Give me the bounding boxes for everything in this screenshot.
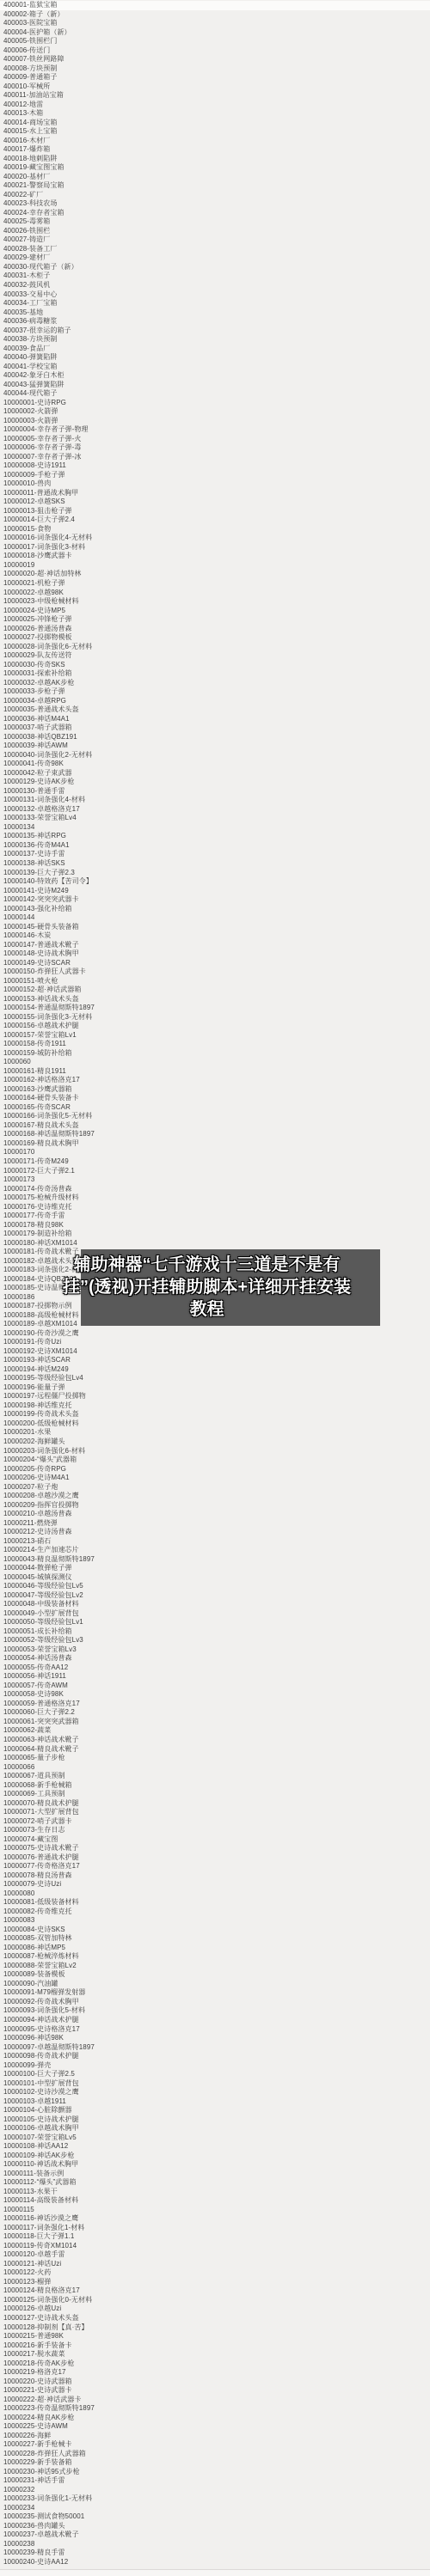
list-item: 400014-商场宝箱	[0, 119, 430, 128]
list-item: 10000117-词条强化1-材料	[0, 2224, 430, 2233]
list-item: 10000102-史诗沙漠之鹰	[0, 2088, 430, 2097]
list-item: 10000130-普通手雷	[0, 787, 430, 797]
list-item: 10000042-粒子束武器	[0, 769, 430, 778]
list-item: 400013-木箱	[0, 109, 430, 119]
list-item: 10000058-史诗98K	[0, 1690, 430, 1700]
list-item: 10000013-狙击枪子弹	[0, 507, 430, 516]
list-item: 10000196-能量子弹	[0, 1383, 430, 1393]
list-item: 10000098-传奇战术护腿	[0, 2052, 430, 2061]
list-item: 10000073-生存日志	[0, 1826, 430, 1835]
list-item: 10000054-神话汤普森	[0, 1654, 430, 1663]
list-item: 10000148-史诗战术胸甲	[0, 949, 430, 959]
list-item: 400023-科技农场	[0, 199, 430, 209]
list-item: 10000163-沙鹰武器箱	[0, 1085, 430, 1095]
list-item: 10000203-词条强化6-材料	[0, 1447, 430, 1456]
list-item: 400038-方块预制	[0, 335, 430, 345]
list-item: 400003-医院宝箱	[0, 19, 430, 28]
list-item: 10000138-神话SKS	[0, 859, 430, 869]
list-item: 10000060-巨大子弹2.2	[0, 1708, 430, 1718]
list-item: 10000105-史诗战术护腿	[0, 2115, 430, 2125]
list-item: 10000195-等级经验包Lv4	[0, 1374, 430, 1383]
list-item: 10000016-词条强化4-无材料	[0, 534, 430, 543]
list-item: 10000143-强化补给箱	[0, 905, 430, 914]
list-item: 10000068-新手枪械箱	[0, 1781, 430, 1791]
list-item: 10000069-工具预制	[0, 1790, 430, 1799]
list-item: 10000198-神话维克托	[0, 1401, 430, 1411]
list-item: 10000106-卓越战术胸甲	[0, 2124, 430, 2133]
list-item: 10000039-神话AWM	[0, 742, 430, 751]
list-item: 10000120-卓越手雷	[0, 2250, 430, 2260]
list-item: 10000026-普通汤普森	[0, 625, 430, 634]
list-item: 10000194-神话M249	[0, 1365, 430, 1375]
list-item: 10000209-指挥官投掷物	[0, 1501, 430, 1511]
list-item: 10000055-传奇AA12	[0, 1663, 430, 1673]
list-item: 10000010-兽肉	[0, 479, 430, 489]
list-item: 10000239-精良手雷	[0, 2549, 430, 2558]
list-item: 10000063-神话战术靴子	[0, 1736, 430, 1745]
list-item: 400040-弹簧陷阱	[0, 353, 430, 363]
list-item: 10000067-道具预制	[0, 1772, 430, 1781]
list-item: 10000133-荣誉宝箱Lv4	[0, 814, 430, 823]
list-item: 10000097-卓越温彻斯特1897	[0, 2043, 430, 2053]
list-item: 10000228-炸弹狂人武器箱	[0, 2450, 430, 2459]
list-item: 10000147-普通战术靴子	[0, 941, 430, 950]
list-item: 10000059-普通格洛克17	[0, 1700, 430, 1709]
list-item: 10000127-史诗战术头盔	[0, 2314, 430, 2323]
list-item: 10000238	[0, 2540, 430, 2549]
list-item: 10000211-燃烧弹	[0, 1519, 430, 1529]
list-item: 10000199-传奇战术头盔	[0, 1410, 430, 1419]
list-item: 400037-很幸运的箱子	[0, 327, 430, 336]
list-item: 400018-地刺陷阱	[0, 155, 430, 164]
list-item: 400004-医护箱（新）	[0, 28, 430, 38]
list-item: 10000213-硝石	[0, 1537, 430, 1547]
list-item: 10000162-神话格洛克17	[0, 1076, 430, 1085]
list-item: 10000153-神话战术头盔	[0, 995, 430, 1004]
list-item: 10000123-榴弹	[0, 2278, 430, 2287]
list-item: 10000003-火箭弹	[0, 417, 430, 426]
list-item: 10000217-脱水蔬菜	[0, 2350, 430, 2359]
list-item: 10000129-史诗AK步枪	[0, 778, 430, 787]
list-item: 400010-军械所	[0, 82, 430, 92]
list-item: 10000192-史诗XM1014	[0, 1347, 430, 1357]
list-item: 10000083	[0, 1916, 430, 1926]
list-item: 10000020-超·神话加特林	[0, 570, 430, 579]
list-item: 10000152-超·神话武器箱	[0, 986, 430, 995]
list-item: 10000047-等级经验包Lv2	[0, 1591, 430, 1601]
footer-divider	[0, 2569, 430, 2576]
list-item: 10000096-神话98K	[0, 2034, 430, 2043]
list-item: 10000125-词条强化0-无材料	[0, 2296, 430, 2305]
list-item: 10000046-等级经验包Lv5	[0, 1582, 430, 1591]
list-item: 10000082-传奇维克托	[0, 1908, 430, 1917]
list-item: 10000092-传奇战术胸甲	[0, 1998, 430, 2007]
list-item: 10000001-史诗RPG	[0, 399, 430, 408]
list-item: 10000237-卓越战术靴子	[0, 2530, 430, 2540]
list-item: 10000037-哨子武器箱	[0, 723, 430, 733]
list-item: 10000040-词条强化2-无材料	[0, 751, 430, 760]
list-item: 10000139-巨大子弹2.3	[0, 869, 430, 878]
list-item: 10000179-制造补给箱	[0, 1230, 430, 1239]
list-item: 10000210-卓越汤普森	[0, 1510, 430, 1519]
list-item: 1000060	[0, 1058, 430, 1067]
list-item: 10000095-史诗格洛克17	[0, 2025, 430, 2035]
list-item: 10000080	[0, 1889, 430, 1899]
list-item: 10000115	[0, 2206, 430, 2215]
list-item: 10000072-哨子武器卡	[0, 1817, 430, 1827]
list-item: 10000074-藏宝图	[0, 1835, 430, 1845]
page-title: 辅助神器“七千游戏十三道是不是有挂”(透视)开挂辅助脚本+详细开挂安装教程	[62, 1254, 352, 1321]
list-item: 10000035-普通战术头盔	[0, 705, 430, 715]
list-item: 400020-基材厂	[0, 173, 430, 182]
list-item: 10000076-普通战术护腿	[0, 1853, 430, 1863]
list-item: 10000212-史诗汤普森	[0, 1528, 430, 1537]
list-item: 10000114-高级装备材料	[0, 2196, 430, 2206]
list-item: 10000208-卓越沙漠之鹰	[0, 1492, 430, 1501]
list-item: 400032-鼓风机	[0, 281, 430, 290]
list-item: 400001-监狱宝箱	[0, 1, 430, 10]
list-item: 400011-加油站宝箱	[0, 91, 430, 101]
list-item: 10000202-海鲜罐头	[0, 1438, 430, 1447]
list-item: 400026-铁围栏	[0, 227, 430, 236]
list-item: 10000236-兽肉罐头	[0, 2522, 430, 2531]
list-item: 10000007-幸存者子弹-冰	[0, 453, 430, 462]
list-item: 400025-毒雾箱	[0, 217, 430, 227]
list-item: 400030-现代箱子（新）	[0, 263, 430, 272]
list-item: 10000207-粒子炮	[0, 1483, 430, 1492]
list-item: 10000224-精良AK步枪	[0, 2414, 430, 2423]
list-item: 400015-水上宝箱	[0, 127, 430, 137]
list-item: 10000156-卓越战术护腿	[0, 1022, 430, 1031]
list-item: 400006-传送门	[0, 46, 430, 56]
list-item: 10000158-传奇1911	[0, 1040, 430, 1049]
list-item: 10000124-精良格洛克17	[0, 2286, 430, 2296]
list-item: 10000151-喷火枪	[0, 977, 430, 986]
list-item: 400017-爆炸箱	[0, 145, 430, 155]
list-item: 400007-铁丝网路障	[0, 55, 430, 64]
list-item: 10000173	[0, 1175, 430, 1185]
list-item: 10000027-投掷物模板	[0, 633, 430, 643]
list-item: 10000240-史诗AA12	[0, 2558, 430, 2567]
list-item: 400033-交易中心	[0, 290, 430, 300]
list-item: 10000019	[0, 561, 430, 571]
list-item: 400036-病毒糖浆	[0, 317, 430, 327]
list-item: 10000149-史诗SCAR	[0, 959, 430, 968]
list-item: 10000023-中级枪械材料	[0, 597, 430, 607]
list-item: 10000150-炸弹狂人武器卡	[0, 968, 430, 977]
list-item: 10000011-普通战术胸甲	[0, 489, 430, 498]
list-item: 10000099-弹壳	[0, 2061, 430, 2071]
list-item: 10000094-神话战术护腿	[0, 2016, 430, 2025]
list-item: 400024-幸存者宝箱	[0, 209, 430, 218]
list-item: 10000044-散弹枪子弹	[0, 1564, 430, 1573]
list-item: 10000214-生产加速芯片	[0, 1546, 430, 1555]
list-item: 10000090-汽油罐	[0, 1980, 430, 1989]
list-item: 10000229-新手装备箱	[0, 2458, 430, 2468]
list-item: 10000131-词条强化4-材料	[0, 796, 430, 805]
list-item: 10000038-神话QBZ191	[0, 733, 430, 742]
list-item: 10000140-特效药【苦司令】	[0, 877, 430, 887]
list-item: 10000164-硬骨头装备卡	[0, 1094, 430, 1103]
list-item: 10000031-探索补给箱	[0, 669, 430, 679]
list-item: 400031-木柜子	[0, 272, 430, 281]
list-item: 10000028-词条强化6-无材料	[0, 643, 430, 652]
list-item: 10000193-神话SCAR	[0, 1356, 430, 1365]
list-item: 10000231-神话手雷	[0, 2476, 430, 2486]
list-item: 10000104-心脏除颤器	[0, 2106, 430, 2115]
list-item: 10000107-荣誉宝箱Lv5	[0, 2133, 430, 2143]
list-item: 10000048-中级装备材料	[0, 1600, 430, 1609]
list-item: 10000119-传奇XM1014	[0, 2242, 430, 2251]
list-item: 400027-铸造厂	[0, 235, 430, 245]
list-item: 10000004-幸存者子弹-物理	[0, 425, 430, 435]
list-item: 10000174-传奇汤普森	[0, 1185, 430, 1194]
list-item: 10000043-精良温彻斯特1897	[0, 1555, 430, 1565]
list-item: 10000137-史诗手雷	[0, 850, 430, 859]
list-item: 10000157-荣誉宝箱Lv1	[0, 1031, 430, 1041]
list-item: 10000008-史诗1911	[0, 461, 430, 471]
list-item: 10000165-传奇SCAR	[0, 1103, 430, 1113]
list-item: 10000159-城防补给箱	[0, 1049, 430, 1059]
list-item: 10000108-神话AA12	[0, 2142, 430, 2152]
list-item: 10000176-史诗维克托	[0, 1203, 430, 1212]
list-item: 400034-工厂宝箱	[0, 299, 430, 308]
list-item: 10000233-词条强化1-无材料	[0, 2494, 430, 2504]
list-item: 10000056-神话1911	[0, 1672, 430, 1682]
list-item: 10000034-卓越RPG	[0, 697, 430, 706]
list-item: 10000103-卓越1911	[0, 2097, 430, 2107]
list-item: 10000205-传奇RPG	[0, 1465, 430, 1474]
list-item: 10000219-格洛克17	[0, 2368, 430, 2378]
list-item: 10000032-卓越AK步枪	[0, 679, 430, 688]
list-item: 10000033-步枪子弹	[0, 687, 430, 697]
list-item: 10000200-低级枪械材料	[0, 1419, 430, 1429]
list-item: 10000018-沙鹰武器卡	[0, 552, 430, 561]
list-item: 10000175-枪械升级材料	[0, 1193, 430, 1203]
list-item: 10000144	[0, 913, 430, 923]
list-item: 10000077-传奇格洛克17	[0, 1862, 430, 1871]
list-item: 10000093-词条强化5-材料	[0, 2006, 430, 2016]
list-item: 400005-铁围栏门	[0, 37, 430, 46]
list-item: 10000113-水果干	[0, 2188, 430, 2197]
list-item: 10000005-幸存者子弹-火	[0, 435, 430, 444]
list-item: 10000088-荣誉宝箱Lv2	[0, 1962, 430, 1971]
list-item: 10000025-冲锋枪子弹	[0, 615, 430, 625]
list-item: 10000223-传奇温彻斯特1897	[0, 2404, 430, 2414]
list-item: 10000215-普通98K	[0, 2332, 430, 2341]
list-item: 400043-猛弹簧陷阱	[0, 381, 430, 390]
list-item: 10000050-等级经验包Lv1	[0, 1618, 430, 1627]
list-item: 10000166-词条强化5-无材料	[0, 1112, 430, 1121]
list-item: 10000221-史诗武器卡	[0, 2386, 430, 2396]
list-item: 10000111-装备示例	[0, 2170, 430, 2179]
list-item: 400029-建材厂	[0, 253, 430, 263]
list-item: 10000109-神话AK步枪	[0, 2152, 430, 2161]
list-item: 10000081-低级装备材料	[0, 1898, 430, 1908]
list-item: 10000015-食物	[0, 525, 430, 534]
list-item: 10000234	[0, 2504, 430, 2513]
list-item: 10000100-巨大子弹2.5	[0, 2070, 430, 2079]
list-item: 10000134	[0, 823, 430, 833]
list-item: 10000091-M79榴弹发射器	[0, 1988, 430, 1998]
list-item: 10000230-神话95式步枪	[0, 2468, 430, 2477]
list-item: 10000168-神话温彻斯特1897	[0, 1130, 430, 1139]
list-item: 10000227-新手枪械卡	[0, 2440, 430, 2450]
list-item: 10000087-枪械淬炼材料	[0, 1952, 430, 1962]
list-item: 400041-学校宝箱	[0, 363, 430, 372]
list-item: 400028-装备工厂	[0, 245, 430, 254]
list-item: 10000116-神话沙漠之鹰	[0, 2214, 430, 2224]
list-item: 10000171-传奇M249	[0, 1157, 430, 1167]
list-item: 10000135-神话RPG	[0, 832, 430, 841]
list-item: 10000045-城镇探测仪	[0, 1573, 430, 1583]
list-item: 10000132-卓越格洛克17	[0, 805, 430, 815]
list-item: 10000191-传奇Uzi	[0, 1338, 430, 1347]
list-item: 10000086-神话MP5	[0, 1944, 430, 1953]
list-item: 10000222-超·神话武器卡	[0, 2396, 430, 2405]
list-item: 10000014-巨大子弹2.4	[0, 516, 430, 525]
list-item: 10000169-精良战术胸甲	[0, 1139, 430, 1149]
list-item: 10000167-精良战术头盔	[0, 1121, 430, 1131]
list-item: 10000009-手枪子弹	[0, 471, 430, 480]
list-item: 10000061-突突突武器箱	[0, 1718, 430, 1727]
list-item: 10000110-神话战术胸甲	[0, 2160, 430, 2170]
list-item: 10000024-史诗MP5	[0, 607, 430, 616]
list-item: 10000049-小型扩展背包	[0, 1609, 430, 1619]
list-item: 10000161-精良1911	[0, 1067, 430, 1077]
list-item: 10000204-“爆头”武器箱	[0, 1456, 430, 1465]
list-item: 400022-矿厂	[0, 191, 430, 200]
list-item: 10000155-词条强化3-无材料	[0, 1013, 430, 1022]
list-item: 10000177-传奇手雷	[0, 1212, 430, 1221]
list-item: 10000066	[0, 1763, 430, 1773]
list-item: 10000218-传奇AK步枪	[0, 2359, 430, 2369]
list-item: 400042-象牙白木柜	[0, 371, 430, 381]
list-item: 400009-普通箱子	[0, 73, 430, 82]
list-item: 10000206-史诗M4A1	[0, 1474, 430, 1483]
list-item: 10000029-队友传送符	[0, 651, 430, 661]
list-item: 10000064-精良战术靴子	[0, 1745, 430, 1755]
list-item: 10000089-装备模板	[0, 1970, 430, 1980]
list-item: 10000112-“爆头”武器箱	[0, 2178, 430, 2188]
list-item: 10000030-传奇SKS	[0, 661, 430, 670]
list-item: 10000012-卓越SKS	[0, 497, 430, 507]
list-item: 400012-地雷	[0, 101, 430, 110]
list-item: 10000190-传奇沙漠之鹰	[0, 1329, 430, 1339]
list-item: 10000062-蔬菜	[0, 1726, 430, 1736]
list-item: 10000078-精良汤普森	[0, 1871, 430, 1881]
list-item: 10000235-测试食物50001	[0, 2512, 430, 2522]
list-item: 10000128-抑制剂【真·苦】	[0, 2323, 430, 2333]
list-item: 400044-现代箱子	[0, 389, 430, 399]
list-item: 10000226-海鲜	[0, 2432, 430, 2441]
list-item: 10000065-量子步枪	[0, 1754, 430, 1763]
list-item: 10000220-史诗武器箱	[0, 2378, 430, 2387]
list-item: 10000121-神话Uzi	[0, 2260, 430, 2269]
list-item: 10000051-成长补给箱	[0, 1627, 430, 1637]
list-item: 10000170	[0, 1148, 430, 1157]
list-item: 10000022-卓越98K	[0, 589, 430, 598]
list-item: 10000142-突突突武器卡	[0, 895, 430, 905]
list-item: 10000079-史诗Uzi	[0, 1880, 430, 1889]
list-item: 10000070-精良战术护腿	[0, 1799, 430, 1809]
list-item: 10000154-普通温彻斯特1897	[0, 1004, 430, 1013]
list-item: 10000180-神话XM1014	[0, 1239, 430, 1248]
list-item: 10000146-木炭	[0, 931, 430, 941]
list-item: 10000101-中型扩展背包	[0, 2079, 430, 2089]
list-item: 10000216-新手装备卡	[0, 2341, 430, 2351]
list-item: 10000136-传奇M4A1	[0, 841, 430, 851]
list-item: 10000178-精良98K	[0, 1221, 430, 1230]
list-item: 10000085-双管加特林	[0, 1934, 430, 1944]
list-item: 10000084-史诗SKS	[0, 1926, 430, 1935]
list-item: 10000041-传奇98K	[0, 760, 430, 769]
list-item: 10000036-神话M4A1	[0, 715, 430, 724]
list-item: 10000021-机枪子弹	[0, 579, 430, 589]
list-item: 400008-方块预制	[0, 64, 430, 74]
list-item: 10000122-火药	[0, 2268, 430, 2278]
list-item: 10000118-巨大子弹1.1	[0, 2232, 430, 2242]
list-item: 10000052-等级经验包Lv3	[0, 1636, 430, 1645]
list-item: 400019-藏宝图宝箱	[0, 163, 430, 173]
list-item: 10000201-水果	[0, 1428, 430, 1438]
list-item: 400002-箱子（新）	[0, 10, 430, 20]
list-item: 10000006-幸存者子弹-毒	[0, 443, 430, 453]
list-item: 10000197-远程僵尸投掷物	[0, 1392, 430, 1401]
list-item: 400021-警察局宝箱	[0, 181, 430, 191]
list-item: 10000141-史诗M249	[0, 887, 430, 896]
list-item: 10000017-词条强化3-材料	[0, 543, 430, 552]
list-item: 10000053-荣誉宝箱Lv3	[0, 1645, 430, 1655]
list-item: 10000075-史诗战术靴子	[0, 1844, 430, 1853]
list-item: 10000172-巨大子弹2.1	[0, 1167, 430, 1176]
list-item: 10000071-大型扩展背包	[0, 1808, 430, 1817]
list-item: 400016-木材厂	[0, 137, 430, 146]
list-item: 10000232	[0, 2486, 430, 2495]
list-item: 10000002-火箭弹	[0, 407, 430, 417]
list-item: 400039-食品厂	[0, 345, 430, 354]
list-item: 10000126-卓越Uzi	[0, 2304, 430, 2314]
list-item: 10000057-传奇AWM	[0, 1682, 430, 1691]
list-item: 10000145-硬骨头装备箱	[0, 923, 430, 932]
list-item: 400035-基地	[0, 308, 430, 318]
list-item: 10000225-史诗AWM	[0, 2422, 430, 2432]
